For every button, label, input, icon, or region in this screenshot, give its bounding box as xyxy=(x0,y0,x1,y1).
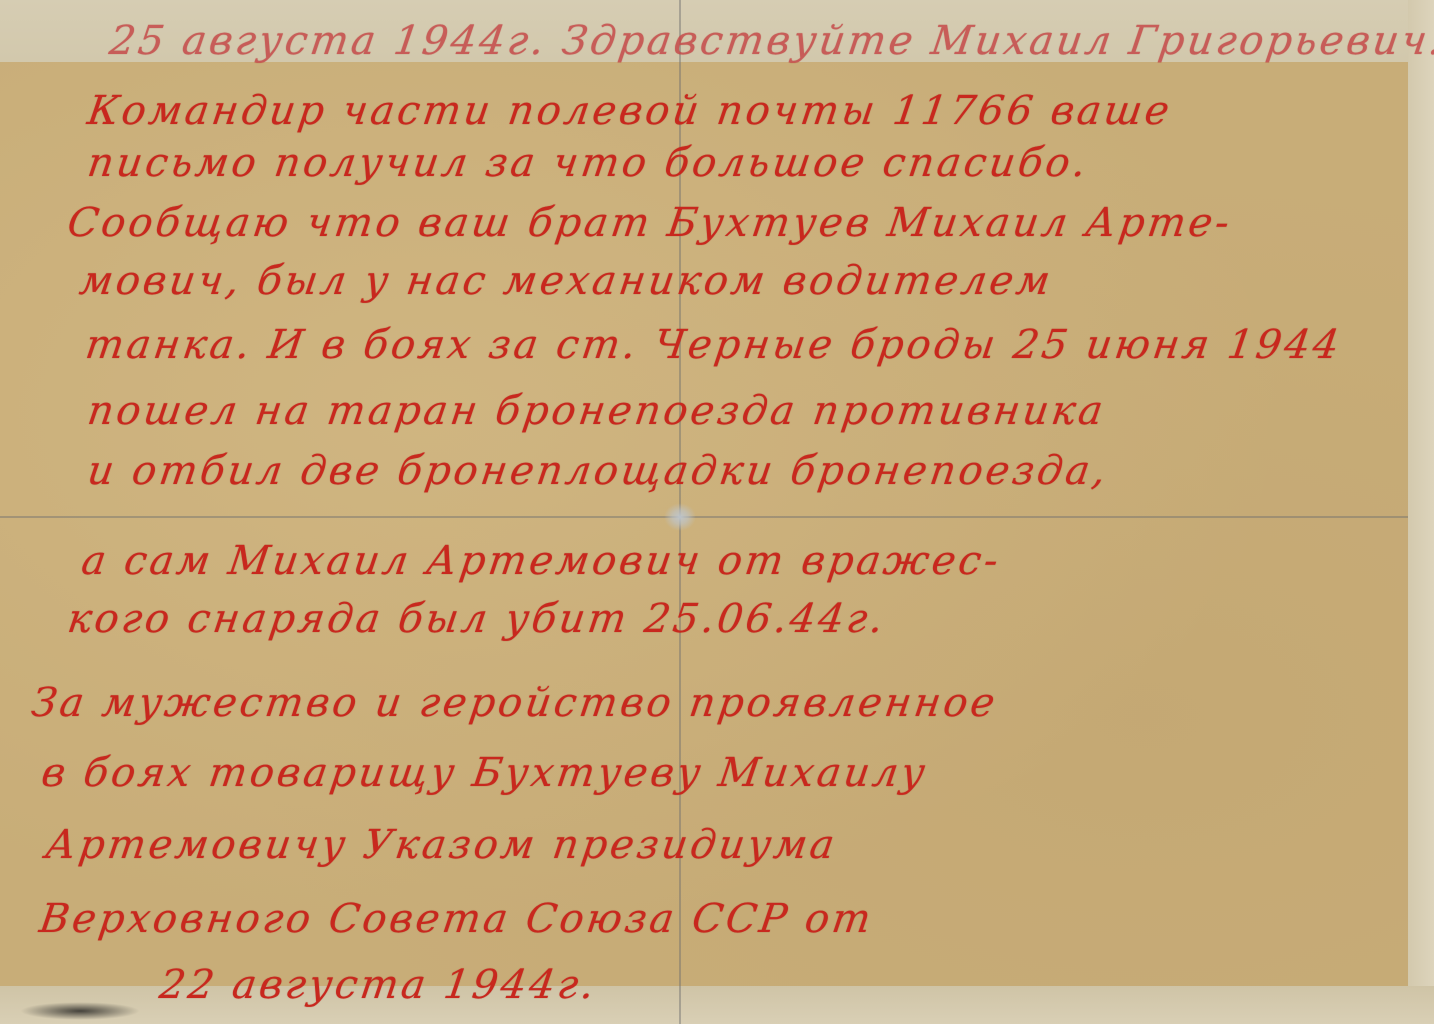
letter-line: и отбил две бронеплощадки бронепоезда, xyxy=(85,448,1112,494)
horizontal-fold-line xyxy=(0,516,1408,518)
letter-line: Верховного Совета Союза ССР от xyxy=(37,896,877,942)
ink-smudge xyxy=(20,1002,140,1020)
letter-line: Командир части полевой почты 11766 ваше xyxy=(85,88,1175,134)
letter-line: письмо получил за что большое спасибо. xyxy=(85,140,1092,186)
letter-line: пошел на таран бронепоезда противника xyxy=(85,388,1109,434)
letter-line: в боях товарищу Бухтуеву Михаилу xyxy=(39,750,931,796)
letter-line: мович, был у нас механиком водителем xyxy=(77,258,1056,304)
letter-line-award-date: 22 августа 1944г. xyxy=(157,962,600,1008)
letter-line: танка. И в боях за ст. Черные броды 25 и… xyxy=(83,322,1345,368)
tape-strip-right xyxy=(1408,0,1434,1024)
letter-sheet: 25 августа 1944г. Здравствуйте Михаил Гр… xyxy=(0,0,1434,1024)
letter-line: кого снаряда был убит 25.06.44г. xyxy=(65,596,889,642)
letter-line: Сообщаю что ваш брат Бухтуев Михаил Арте… xyxy=(65,200,1235,246)
letter-line: За мужество и геройство проявленное xyxy=(29,680,1001,726)
letter-line-date-greeting: 25 августа 1944г. Здравствуйте Михаил Гр… xyxy=(107,18,1434,64)
fold-intersection xyxy=(664,503,696,531)
letter-line: Артемовичу Указом президиума xyxy=(43,822,840,868)
letter-line: а сам Михаил Артемович от вражес- xyxy=(79,538,1004,584)
